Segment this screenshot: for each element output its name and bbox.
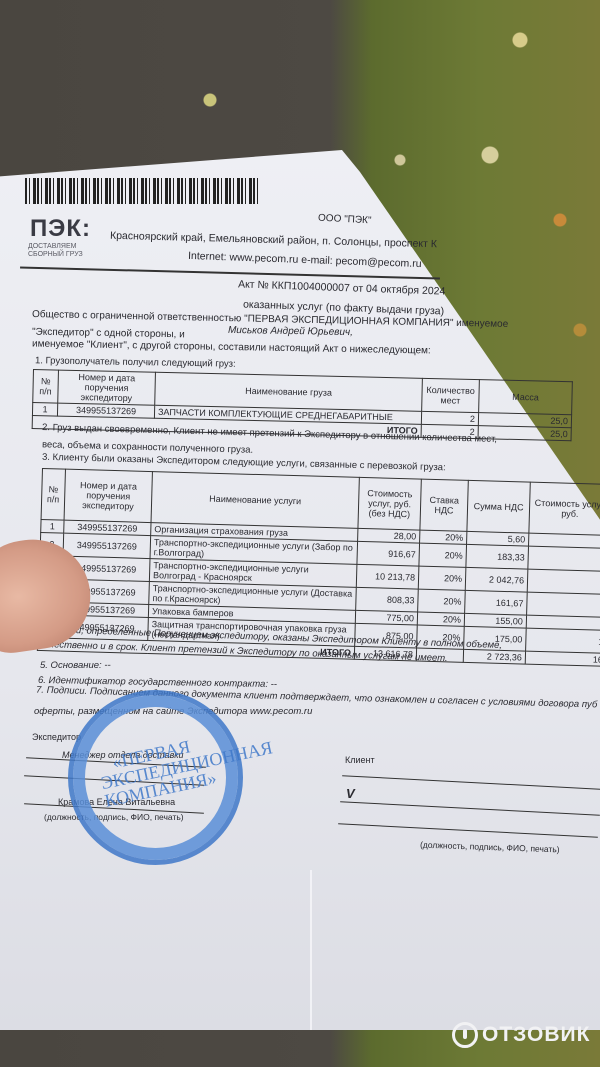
client-label: Клиент bbox=[345, 755, 375, 765]
pek-logo: ПЭК: bbox=[30, 215, 91, 243]
otzovik-watermark: ОТЗОВИК bbox=[452, 1022, 590, 1048]
client-name: Миськов Андрей Юрьевич, bbox=[228, 325, 353, 338]
barcode bbox=[25, 178, 261, 204]
power-icon bbox=[452, 1022, 478, 1048]
logo-tagline: ДОСТАВЛЯЕМ СБОРНЫЙ ГРУЗ bbox=[28, 243, 98, 259]
client-signature-mark: V bbox=[346, 786, 355, 801]
clause-5: 5. Основание: -- bbox=[40, 660, 111, 671]
paper-fold bbox=[310, 870, 312, 1030]
forwarder-label: Экспедитор bbox=[32, 732, 81, 742]
watermark-text: ОТЗОВИК bbox=[482, 1023, 590, 1047]
